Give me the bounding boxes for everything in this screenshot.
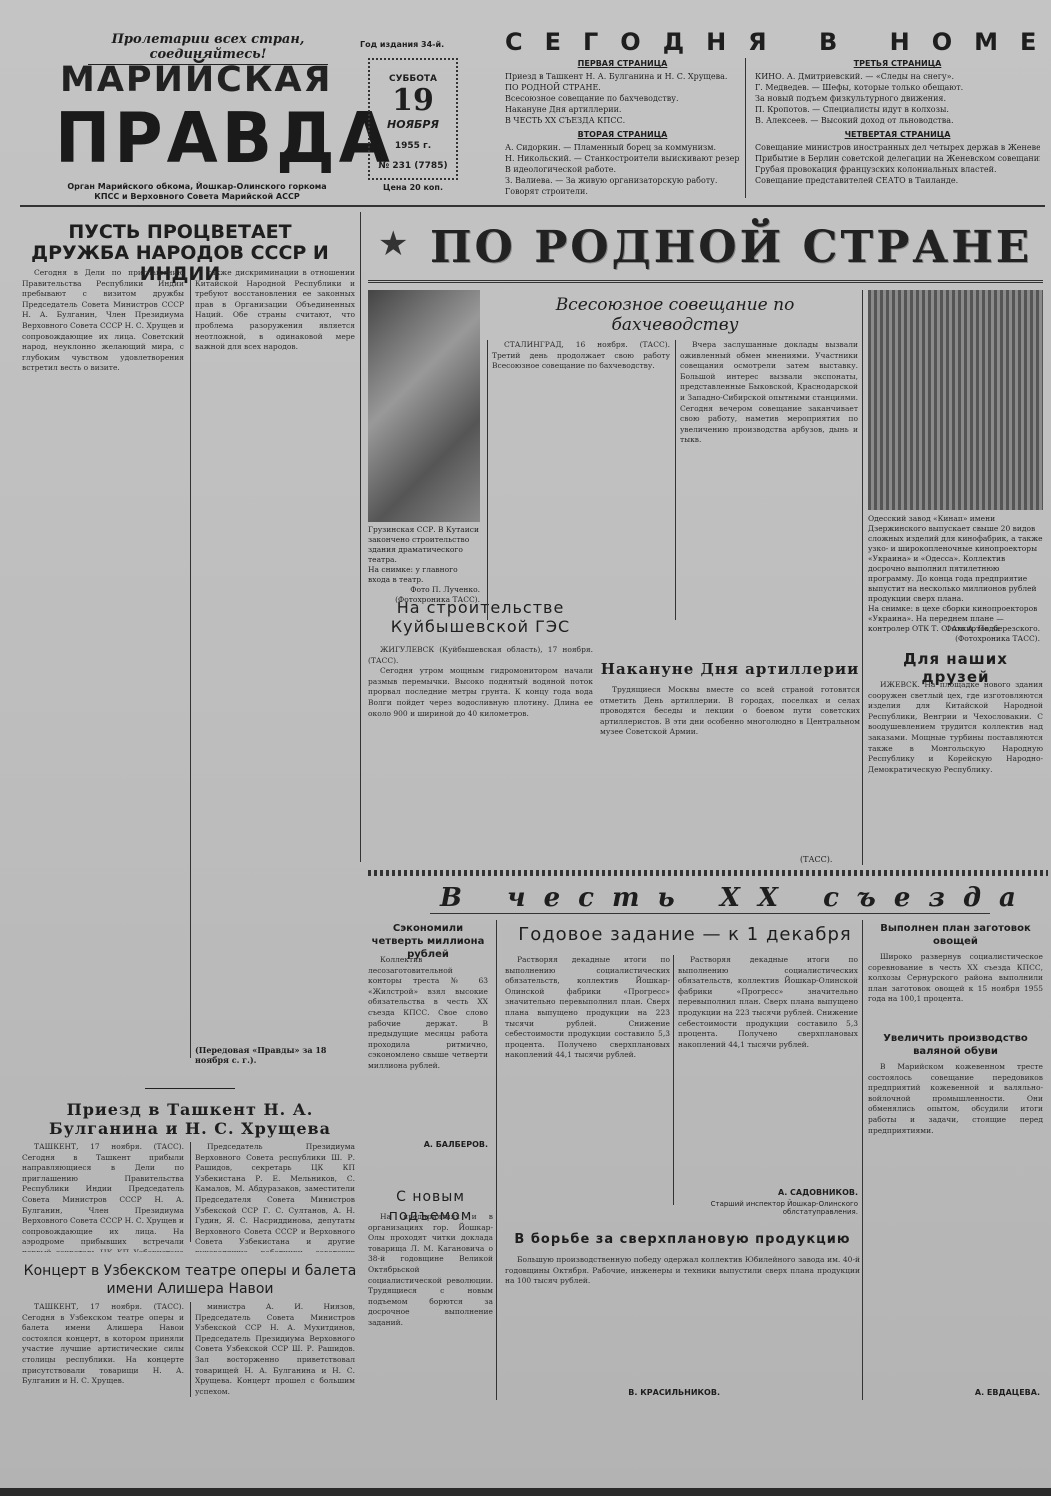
contents-pages-3-4: ТРЕТЬЯ СТРАНИЦА КИНО. А. Дмитриевский. —…: [755, 55, 1040, 186]
vegetables-headline: Выполнен план заготовок овощей: [868, 922, 1043, 948]
article-text: Растворяя декадные итоги по выполнению с…: [678, 955, 858, 1050]
factory-caption: Одесский завод «Кинап» имени Дзержинског…: [868, 514, 1043, 634]
contents-item[interactable]: А. Сидоркин. — Пламенный борец за коммун…: [505, 142, 740, 153]
column-divider: [360, 212, 361, 862]
lead-text: также дискриминации в отношении Китайско…: [195, 268, 355, 353]
article-text: Коллектив лесозаготовительной конторы тр…: [368, 955, 488, 1072]
wavy-rule: [368, 870, 1048, 876]
contents-item[interactable]: ПО РОДНОЙ СТРАНЕ.: [505, 82, 740, 93]
theatre-caption: Грузинская ССР. В Кутаиси закончено стро…: [368, 525, 480, 605]
article-text: Большую производственную победу одержал …: [505, 1255, 860, 1287]
artillery-headline: Накануне Дня артиллерии: [600, 660, 860, 678]
year-of-publication: Год издания 34-й.: [360, 40, 470, 49]
concert-col-1: ТАШКЕНТ, 17 ноября. (ТАСС). Сегодня в Уз…: [22, 1302, 184, 1402]
contents-item[interactable]: Накануне Дня артиллерии.: [505, 104, 740, 115]
masthead-organ: Орган Марийского обкома, Йошкар-Олинског…: [62, 182, 332, 202]
concert-col-2: министра А. И. Ниязов, Председатель Сове…: [195, 1302, 355, 1402]
melons-headline: Всесоюзное совещание по бахчеводству: [490, 295, 860, 335]
melons-col-1: СТАЛИНГРАД, 16 ноября. (ТАСС). Третий де…: [492, 340, 670, 625]
contents-item[interactable]: З. Валиева. — За живую организаторскую р…: [505, 175, 740, 186]
annual-task-author-title: Старший инспектор Йошкар-Олинского облст…: [678, 1200, 858, 1216]
felt-boots-author: А. ЕВДАЦЕВА.: [900, 1388, 1040, 1397]
column-divider: [745, 58, 746, 198]
newspaper-page: Пролетарии всех стран, соединяйтесь! МАР…: [0, 0, 1051, 1496]
article-text: В Марийском кожевенном тресте состоялось…: [868, 1062, 1043, 1136]
contents-item[interactable]: В. Алексеев. — Высокий доход от льноводс…: [755, 115, 1040, 126]
article-text: министра А. И. Ниязов, Председатель Сове…: [195, 1302, 355, 1397]
artillery-source: (ТАСС).: [800, 855, 832, 864]
theatre-photo: [368, 290, 480, 522]
column-divider: [190, 1142, 191, 1242]
column-divider: [862, 290, 863, 865]
new-upswing-body: На предприятиях и в организациях гор. Йо…: [368, 1212, 493, 1402]
felt-boots-body: В Марийском кожевенном тресте состоялось…: [868, 1062, 1043, 1382]
friends-body: ИЖЕВСК. На площадке нового здания сооруж…: [868, 680, 1043, 860]
month: НОЯБРЯ: [370, 118, 456, 131]
contents-title: СЕГОДНЯ В НОМЕРЕ:: [505, 28, 1040, 56]
savings-body: Коллектив лесозаготовительной конторы тр…: [368, 955, 488, 1130]
contents-item[interactable]: За новый подъем физкультурного движения.: [755, 93, 1040, 104]
factory-photo: [868, 290, 1043, 510]
section-rule: [430, 913, 990, 914]
artillery-body: Трудящиеся Москвы вместе со всей страной…: [600, 685, 860, 855]
tashkent-col-2: Председатель Президиума Верховного Совет…: [195, 1142, 355, 1252]
savings-author: А. БАЛБЕРОВ.: [368, 1140, 488, 1149]
contents-item[interactable]: Н. Никольский. — Станкостроители выискив…: [505, 153, 740, 164]
overplan-body: Большую производственную победу одержал …: [505, 1255, 860, 1380]
annual-task-col-2: Растворяя декадные итоги по выполнению с…: [678, 955, 858, 1185]
contents-item[interactable]: Грубая провокация французских колониальн…: [755, 164, 1040, 175]
tashkent-col-1: ТАШКЕНТ, 17 ноября. (ТАСС). Сегодня в Та…: [22, 1142, 184, 1252]
banner-title: ПО РОДНОЙ СТРАНЕ: [430, 222, 1032, 273]
column-divider: [487, 340, 488, 620]
contents-item[interactable]: КИНО. А. Дмитриевский. — «Следы на снегу…: [755, 71, 1040, 82]
caption-subtext: На снимке: у главного входа в театр.: [368, 565, 480, 585]
page-bottom-edge: [0, 1488, 1051, 1496]
caption-text: Грузинская ССР. В Кутаиси закончено стро…: [368, 525, 480, 565]
contents-item[interactable]: В ЧЕСТЬ XX СЪЕЗДА КПСС.: [505, 115, 740, 126]
contents-item[interactable]: П. Кропотов. — Специалисты идут в колхоз…: [755, 104, 1040, 115]
date-box: СУББОТА 19 НОЯБРЯ 1955 г. № 231 (7785): [368, 58, 458, 180]
article-text: Растворяя декадные итоги по выполнению с…: [505, 955, 670, 1061]
column-divider: [190, 1302, 191, 1397]
column-divider: [496, 920, 497, 1400]
article-text: Трудящиеся Москвы вместе со всей страной…: [600, 685, 860, 738]
masthead-title-line2: ПРАВДА: [55, 98, 394, 179]
tashkent-headline: Приезд в Ташкент Н. А. Булганина и Н. С.…: [20, 1100, 360, 1138]
lead-col-2: также дискриминации в отношении Китайско…: [195, 268, 355, 1043]
article-text: Широко развернув социалистическое соревн…: [868, 952, 1043, 1005]
kuibyshev-body: ЖИГУЛЕВСК (Куйбышевская область), 17 ноя…: [368, 645, 593, 860]
annual-task-headline: Годовое задание — к 1 декабря: [505, 925, 865, 944]
annual-task-author: А. САДОВНИКОВ.: [678, 1188, 858, 1197]
dateline: ЖИГУЛЕВСК (Куйбышевская область), 17 ноя…: [368, 645, 593, 666]
article-text: На предприятиях и в организациях гор. Йо…: [368, 1212, 493, 1329]
issue-number: № 231 (7785): [370, 161, 456, 171]
article-text: ТАШКЕНТ, 17 ноября. (ТАСС). Сегодня в Уз…: [22, 1302, 184, 1387]
article-text: Вчера заслушанные доклады вызвали оживле…: [680, 340, 858, 446]
article-text: Председатель Президиума Верховного Совет…: [195, 1142, 355, 1252]
article-text: ИЖЕВСК. На площадке нового здания сооруж…: [868, 680, 1043, 775]
overplan-author: В. КРАСИЛЬНИКОВ.: [600, 1388, 720, 1397]
lead-col-1: Сегодня в Дели по приглашению Правительс…: [22, 268, 184, 1048]
contents-pages-1-2: ПЕРВАЯ СТРАНИЦА Приезд в Ташкент Н. А. Б…: [505, 55, 740, 197]
contents-item[interactable]: Приезд в Ташкент Н. А. Булганина и Н. С.…: [505, 71, 740, 82]
ornament-rule: [145, 1088, 235, 1089]
overplan-headline: В борьбе за сверхплановую продукцию: [505, 1232, 860, 1247]
photo-credit: Фото А. Подберезского. (Фотохроника ТАСС…: [900, 624, 1040, 644]
column-divider: [675, 340, 676, 620]
column-divider: [673, 955, 674, 1205]
lead-text: Сегодня в Дели по приглашению Правительс…: [22, 268, 184, 374]
column-divider: [190, 268, 191, 1058]
vegetables-body: Широко развернув социалистическое соревн…: [868, 952, 1043, 1020]
felt-boots-headline: Увеличить производство валяной обуви: [868, 1032, 1043, 1058]
masthead-title-line1: МАРИЙСКАЯ: [60, 60, 333, 100]
column-divider: [862, 920, 863, 1400]
contents-item[interactable]: Всесоюзное совещание по бахчеводству.: [505, 93, 740, 104]
contents-heading: ПЕРВАЯ СТРАНИЦА: [505, 59, 740, 68]
contents-heading: ТРЕТЬЯ СТРАНИЦА: [755, 59, 1040, 68]
masthead-rule: [20, 205, 1045, 207]
contents-heading: ЧЕТВЕРТАЯ СТРАНИЦА: [755, 130, 1040, 139]
article-text: Сегодня утром мощным гидромонитором нача…: [368, 666, 593, 719]
congress-section-title: В честь XX съезда КПСС: [440, 883, 1020, 913]
contents-heading: ВТОРАЯ СТРАНИЦА: [505, 130, 740, 139]
lead-source: (Передовая «Правды» за 18 ноября с. г.).: [195, 1045, 360, 1065]
caption-text: Одесский завод «Кинап» имени Дзержинског…: [868, 514, 1043, 604]
contents-item[interactable]: Г. Медведев. — Шефы, которые только обещ…: [755, 82, 1040, 93]
day-number: 19: [370, 84, 456, 118]
contents-item[interactable]: В идеологической работе.: [505, 164, 740, 175]
price: Цена 20 коп.: [368, 183, 458, 192]
contents-item[interactable]: Совещание представителей СЕАТО в Таиланд…: [755, 175, 1040, 186]
contents-item[interactable]: Говорят строители.: [505, 186, 740, 197]
contents-item[interactable]: Совещание министров иностранных дел четы…: [755, 142, 1040, 153]
contents-item[interactable]: Прибытие в Берлин советской делегации на…: [755, 153, 1040, 164]
article-text: ТАШКЕНТ, 17 ноября. (ТАСС). Сегодня в Та…: [22, 1142, 184, 1252]
star-icon: ★: [378, 224, 408, 264]
melons-col-2: Вчера заслушанные доклады вызвали оживле…: [680, 340, 858, 625]
concert-headline: Концерт в Узбекском театре оперы и балет…: [20, 1262, 360, 1298]
dateline: СТАЛИНГРАД, 16 ноября. (ТАСС). Третий де…: [492, 340, 670, 372]
annual-task-col-1: Растворяя декадные итоги по выполнению с…: [505, 955, 670, 1195]
year: 1955 г.: [370, 141, 456, 151]
